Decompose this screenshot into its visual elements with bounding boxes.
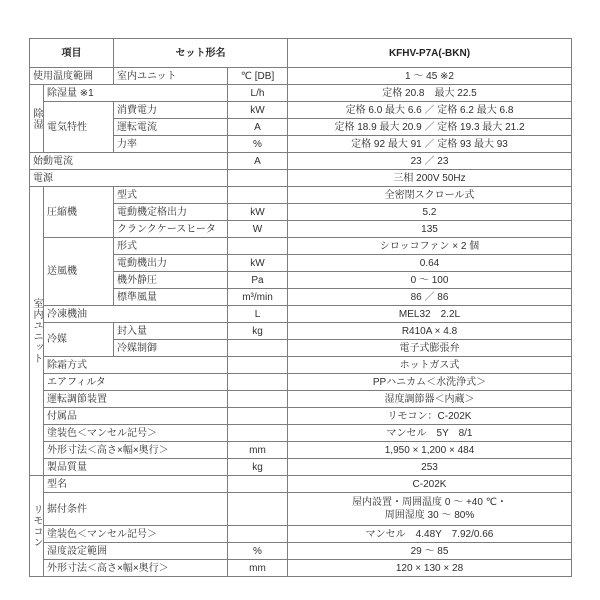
start-current-value: 23 ／ 23 xyxy=(288,153,572,170)
charge-value: R410A × 4.8 xyxy=(288,323,572,340)
rc-humidity-label: 湿度設定範囲 xyxy=(44,543,228,560)
rc-model-label: 型名 xyxy=(44,476,228,493)
rc-model-value: C-202K xyxy=(288,476,572,493)
filter-unit-empty xyxy=(228,374,288,391)
row-refrigerant-charge: 冷媒 封入量 kg R410A × 4.8 xyxy=(30,323,572,340)
ref-control-value: 電子式膨張弁 xyxy=(288,340,572,357)
rc-paint-label: 塗装色＜マンセル記号＞ xyxy=(44,526,228,543)
controller-unit-empty xyxy=(228,391,288,408)
fan-output-unit: kW xyxy=(228,255,288,272)
crankcase-unit: W xyxy=(228,221,288,238)
row-accessories: 付属品 リモコン：C-202K xyxy=(30,408,572,425)
power-supply-value: 三相 200V 50Hz xyxy=(288,170,572,187)
row-paint-color: 塗装色＜マンセル記号＞ マンセル 5Y 8/1 xyxy=(30,425,572,442)
defrost-value: ホットガス式 xyxy=(288,357,572,374)
row-defrost: 除霜方式 ホットガス式 xyxy=(30,357,572,374)
row-temp-range: 使用温度範囲 室内ユニット ℃ [DB] 1 〜 45 ※2 xyxy=(30,68,572,85)
airflow-unit: m³/min xyxy=(228,289,288,306)
current-value: 定格 18.9 最大 20.9 ／ 定格 19.3 最大 21.2 xyxy=(288,119,572,136)
filter-value: PPハニカム＜水洗浄式＞ xyxy=(288,374,572,391)
accessories-value: リモコン：C-202K xyxy=(288,408,572,425)
airflow-value: 86 ／ 86 xyxy=(288,289,572,306)
power-unit: kW xyxy=(228,102,288,119)
comp-output-unit: kW xyxy=(228,204,288,221)
row-power-consumption: 電気特性 消費電力 kW 定格 6.0 最大 6.6 ／ 定格 6.2 最大 6… xyxy=(30,102,572,119)
spec-sheet-page: 項目 セット形名 KFHV-P7A(-BKN) 使用温度範囲 室内ユニット ℃ … xyxy=(0,0,600,600)
row-remote-dimensions: 外形寸法＜高さ×幅×奥行＞ mm 120 × 130 × 28 xyxy=(30,560,572,577)
refrigerant-group-label: 冷媒 xyxy=(44,323,114,357)
paint-value: マンセル 5Y 8/1 xyxy=(288,425,572,442)
static-pressure-value: 0 〜 100 xyxy=(288,272,572,289)
row-controller: 運転調節装置 湿度調節器＜内蔵＞ xyxy=(30,391,572,408)
fan-type-unit-empty xyxy=(228,238,288,255)
charge-unit: kg xyxy=(228,323,288,340)
pf-value: 定格 92 最大 91 ／ 定格 93 最大 93 xyxy=(288,136,572,153)
section-remote-label: リモコン xyxy=(30,476,44,577)
rc-dimensions-label: 外形寸法＜高さ×幅×奥行＞ xyxy=(44,560,228,577)
ref-control-label: 冷媒制御 xyxy=(114,340,228,357)
fan-type-value: シロッコファン × 2 個 xyxy=(288,238,572,255)
accessories-unit-empty xyxy=(228,408,288,425)
start-current-label: 始動電流 xyxy=(30,153,228,170)
row-compressor-type: 室内ユニット 圧縮機 型式 全密閉スクロール式 xyxy=(30,187,572,204)
rc-install-label: 据付条件 xyxy=(44,493,228,526)
pf-label: 力率 xyxy=(114,136,228,153)
filter-label: エアフィルタ xyxy=(44,374,228,391)
rc-humidity-value: 29 〜 85 xyxy=(288,543,572,560)
comp-output-label: 電動機定格出力 xyxy=(114,204,228,221)
temp-range-label: 使用温度範囲 xyxy=(30,68,114,85)
row-air-filter: エアフィルタ PPハニカム＜水洗浄式＞ xyxy=(30,374,572,391)
temp-range-value: 1 〜 45 ※2 xyxy=(288,68,572,85)
row-remote-paint-color: 塗装色＜マンセル記号＞ マンセル 4.48Y 7.92/0.66 xyxy=(30,526,572,543)
row-weight: 製品質量 kg 253 xyxy=(30,459,572,476)
power-label: 消費電力 xyxy=(114,102,228,119)
crankcase-value: 135 xyxy=(288,221,572,238)
dimensions-value: 1,950 × 1,200 × 484 xyxy=(288,442,572,459)
dehumid-amount-label: 除湿量 ※1 xyxy=(44,85,228,102)
static-pressure-label: 機外静圧 xyxy=(114,272,228,289)
section-dehumid-label: 除湿 xyxy=(30,85,44,153)
row-remote-model: リモコン 型名 C-202K xyxy=(30,476,572,493)
rc-model-unit-empty xyxy=(228,476,288,493)
controller-label: 運転調節装置 xyxy=(44,391,228,408)
airflow-label: 標準風量 xyxy=(114,289,228,306)
row-fan-type: 送風機 形式 シロッコファン × 2 個 xyxy=(30,238,572,255)
dehumid-amount-value: 定格 20.8 最大 22.5 xyxy=(288,85,572,102)
controller-value: 湿度調節器＜内蔵＞ xyxy=(288,391,572,408)
paint-label: 塗装色＜マンセル記号＞ xyxy=(44,425,228,442)
start-current-unit: A xyxy=(228,153,288,170)
static-pressure-unit: Pa xyxy=(228,272,288,289)
dimensions-label: 外形寸法＜高さ×幅×奥行＞ xyxy=(44,442,228,459)
compressor-group-label: 圧縮機 xyxy=(44,187,114,238)
paint-unit-empty xyxy=(228,425,288,442)
fan-output-value: 0.64 xyxy=(288,255,572,272)
power-value: 定格 6.0 最大 6.6 ／ 定格 6.2 最大 6.8 xyxy=(288,102,572,119)
weight-unit: kg xyxy=(228,459,288,476)
rc-paint-value: マンセル 4.48Y 7.92/0.66 xyxy=(288,526,572,543)
current-unit: A xyxy=(228,119,288,136)
comp-type-unit-empty xyxy=(228,187,288,204)
weight-label: 製品質量 xyxy=(44,459,228,476)
elec-group-label: 電気特性 xyxy=(44,102,114,153)
row-starting-current: 始動電流 A 23 ／ 23 xyxy=(30,153,572,170)
rc-paint-unit-empty xyxy=(228,526,288,543)
dimensions-unit: mm xyxy=(228,442,288,459)
rc-install-unit-empty xyxy=(228,493,288,526)
dehumid-amount-unit: L/h xyxy=(228,85,288,102)
defrost-label: 除霜方式 xyxy=(44,357,228,374)
section-indoor-unit-label: 室内ユニット xyxy=(30,187,44,476)
crankcase-label: クランクケースヒータ xyxy=(114,221,228,238)
rc-install-value: 屋内設置・周囲温度 0 〜 +40 ℃・ 周囲湿度 30 〜 80% xyxy=(288,493,572,526)
power-supply-unit-empty xyxy=(228,170,288,187)
current-label: 運転電流 xyxy=(114,119,228,136)
row-humidity-range: 湿度設定範囲 % 29 〜 85 xyxy=(30,543,572,560)
rc-humidity-unit: % xyxy=(228,543,288,560)
ref-control-unit-empty xyxy=(228,340,288,357)
header-set-model: セット形名 xyxy=(114,39,288,68)
power-supply-label: 電源 xyxy=(30,170,228,187)
header-row: 項目 セット形名 KFHV-P7A(-BKN) xyxy=(30,39,572,68)
row-power-supply: 電源 三相 200V 50Hz xyxy=(30,170,572,187)
oil-value: MEL32 2.2L xyxy=(288,306,572,323)
rc-dimensions-unit: mm xyxy=(228,560,288,577)
row-dimensions: 外形寸法＜高さ×幅×奥行＞ mm 1,950 × 1,200 × 484 xyxy=(30,442,572,459)
fan-type-label: 形式 xyxy=(114,238,228,255)
row-refrigeration-oil: 冷凍機油 L MEL32 2.2L xyxy=(30,306,572,323)
rc-install-value-line2: 周囲湿度 30 〜 80% xyxy=(291,509,568,522)
rc-install-value-line1: 屋内設置・周囲温度 0 〜 +40 ℃・ xyxy=(291,496,568,509)
oil-label: 冷凍機油 xyxy=(44,306,228,323)
comp-type-value: 全密閉スクロール式 xyxy=(288,187,572,204)
fan-group-label: 送風機 xyxy=(44,238,114,306)
defrost-unit-empty xyxy=(228,357,288,374)
comp-output-value: 5.2 xyxy=(288,204,572,221)
fan-output-label: 電動機出力 xyxy=(114,255,228,272)
row-dehumid-amount: 除湿 除湿量 ※1 L/h 定格 20.8 最大 22.5 xyxy=(30,85,572,102)
spec-table: 項目 セット形名 KFHV-P7A(-BKN) 使用温度範囲 室内ユニット ℃ … xyxy=(29,38,572,577)
header-model-name: KFHV-P7A(-BKN) xyxy=(288,39,572,68)
header-item: 項目 xyxy=(30,39,114,68)
pf-unit: % xyxy=(228,136,288,153)
oil-unit: L xyxy=(228,306,288,323)
temp-range-sub-label: 室内ユニット xyxy=(114,68,228,85)
accessories-label: 付属品 xyxy=(44,408,228,425)
rc-dimensions-value: 120 × 130 × 28 xyxy=(288,560,572,577)
weight-value: 253 xyxy=(288,459,572,476)
temp-range-unit: ℃ [DB] xyxy=(228,68,288,85)
charge-label: 封入量 xyxy=(114,323,228,340)
comp-type-label: 型式 xyxy=(114,187,228,204)
row-install-conditions: 据付条件 屋内設置・周囲温度 0 〜 +40 ℃・ 周囲湿度 30 〜 80% xyxy=(30,493,572,526)
